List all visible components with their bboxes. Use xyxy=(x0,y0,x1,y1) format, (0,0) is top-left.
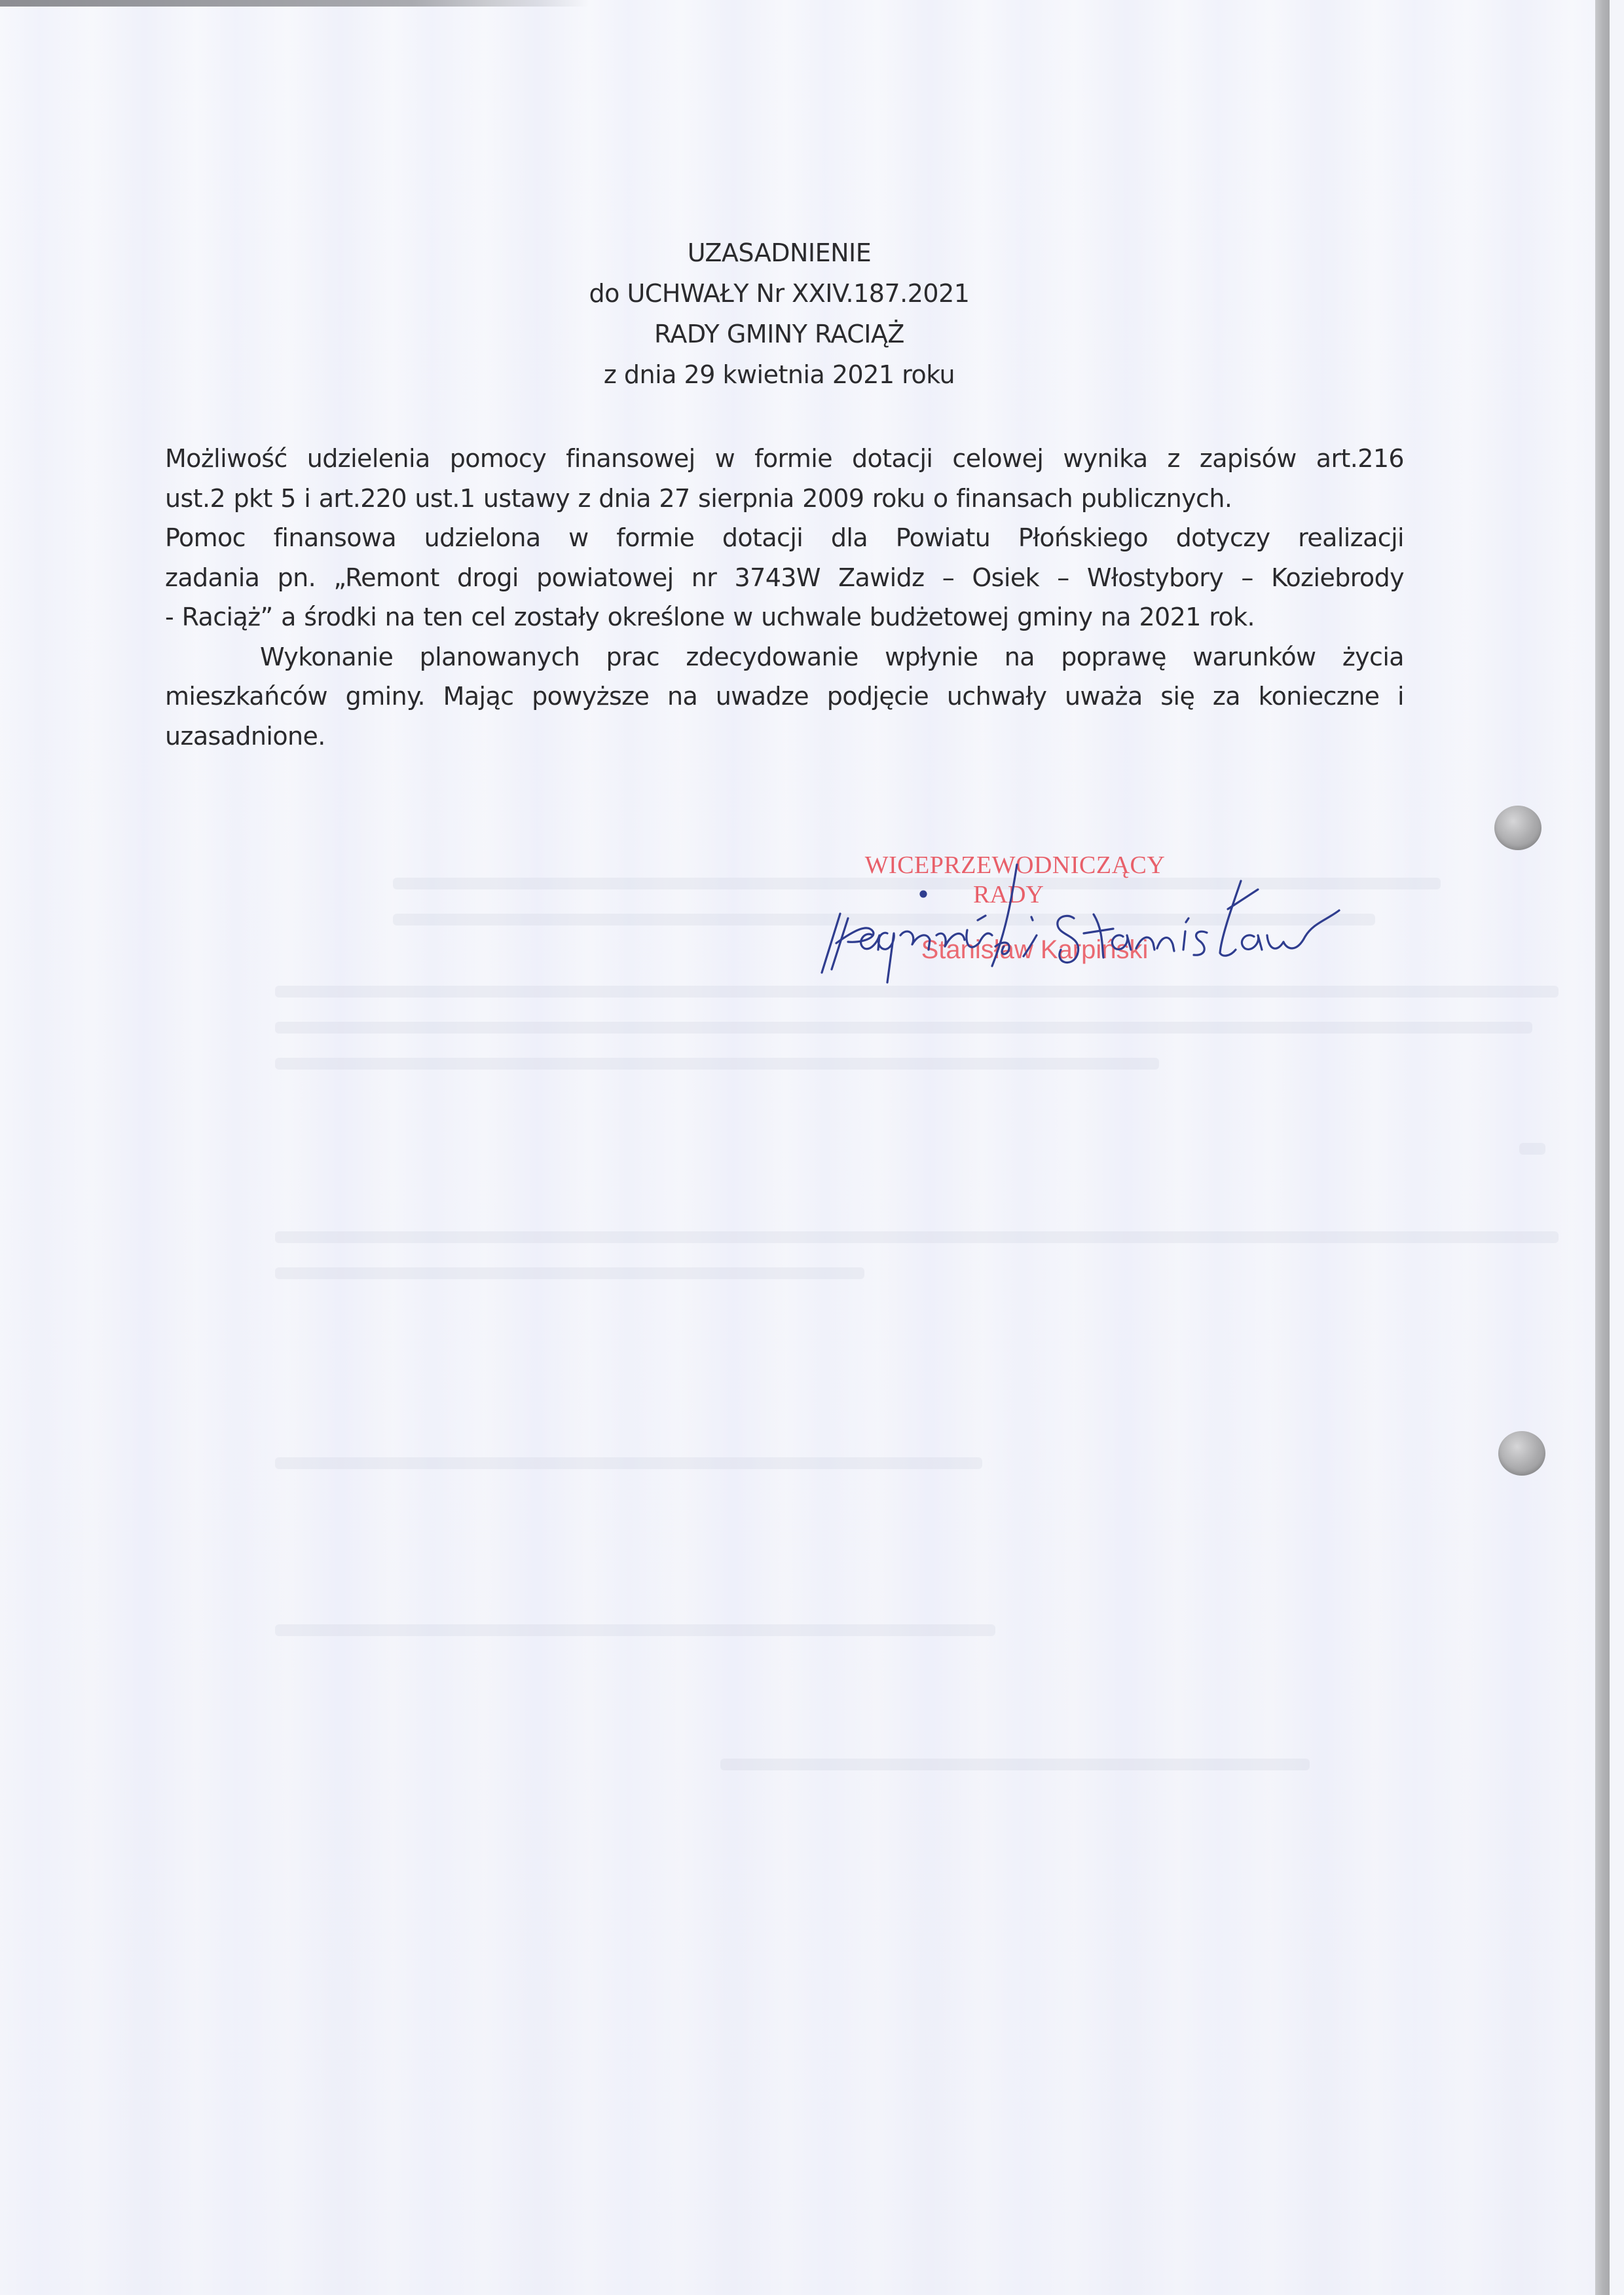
paragraph-line: uzasadnione. xyxy=(165,717,1404,756)
council-name: RADY GMINY RACIĄŻ xyxy=(0,314,1559,354)
punch-hole-top xyxy=(1494,806,1541,850)
document-heading: UZASADNIENIE xyxy=(0,233,1559,273)
resolution-number: do UCHWAŁY Nr XXIV.187.2021 xyxy=(0,273,1559,314)
scanned-page: UZASADNIENIE do UCHWAŁY Nr XXIV.187.2021… xyxy=(0,0,1610,2295)
scan-edge-shadow xyxy=(0,0,589,7)
handwritten-signature xyxy=(796,858,1385,989)
paragraph-line: Możliwość udzielenia pomocy finansowej w… xyxy=(165,439,1404,479)
paragraph-line: Wykonanie planowanych prac zdecydowanie … xyxy=(165,637,1404,677)
resolution-date: z dnia 29 kwietnia 2021 roku xyxy=(0,354,1559,395)
paragraph-line: Pomoc finansowa udzielona w formie dotac… xyxy=(165,518,1404,558)
paragraph-line: zadania pn. „Remont drogi powiatowej nr … xyxy=(165,558,1404,598)
scan-right-edge xyxy=(1595,0,1610,2295)
paragraph-financial-aid: Pomoc finansowa udzielona w formie dotac… xyxy=(165,518,1404,637)
punch-hole-bottom xyxy=(1498,1431,1545,1476)
paragraph-line: ust.2 pkt 5 i art.220 ust.1 ustawy z dni… xyxy=(165,479,1404,519)
document-title-block: UZASADNIENIE do UCHWAŁY Nr XXIV.187.2021… xyxy=(0,233,1559,395)
paragraph-line: mieszkańców gminy. Mając powyższe na uwa… xyxy=(165,677,1404,717)
paragraph-legal-basis: Możliwość udzielenia pomocy finansowej w… xyxy=(165,439,1404,518)
document-body: Możliwość udzielenia pomocy finansowej w… xyxy=(165,439,1404,756)
paragraph-conclusion: Wykonanie planowanych prac zdecydowanie … xyxy=(165,637,1404,756)
paragraph-line: - Raciąż” a środki na ten cel zostały ok… xyxy=(165,597,1404,637)
